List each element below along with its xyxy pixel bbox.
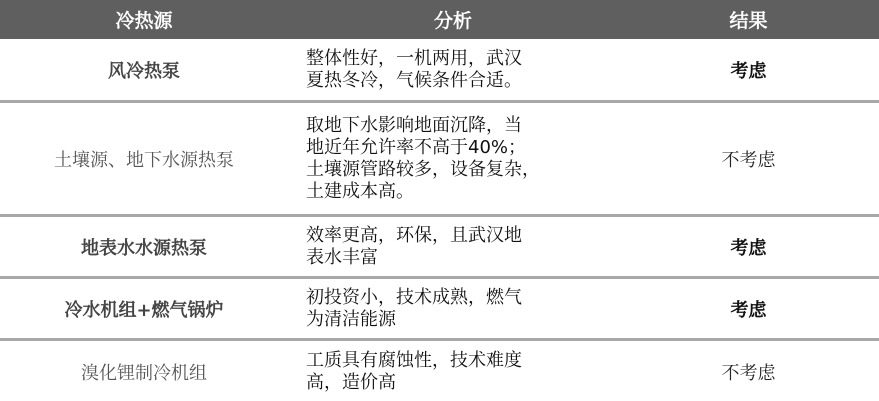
analysis-cell: 整体性好，一机两用，武汉 夏热冬冷，气候条件合适。 xyxy=(288,39,618,100)
source-cell: 地表水水源热泵 xyxy=(0,217,288,276)
header-source: 冷热源 xyxy=(0,0,288,39)
source-cell: 溴化锂制冷机组 xyxy=(0,341,288,401)
analysis-cell: 取地下水影响地面沉降，当 地近年允许率不高于40%； 土壤源管路较多，设备复杂，… xyxy=(288,103,618,214)
source-cell: 冷水机组+燃气锅炉 xyxy=(0,279,288,338)
table-header: 冷热源 分析 结果 xyxy=(0,0,879,39)
analysis-cell: 初投资小，技术成熟，燃气 为清洁能源 xyxy=(288,279,618,338)
result-cell: 考虑 xyxy=(618,39,879,100)
table-row: 土壤源、地下水源热泵 取地下水影响地面沉降，当 地近年允许率不高于40%； 土壤… xyxy=(0,103,879,217)
table-row: 溴化锂制冷机组 工质具有腐蚀性，技术难度 高，造价高 不考虑 xyxy=(0,341,879,401)
result-cell: 不考虑 xyxy=(618,341,879,401)
source-cell: 土壤源、地下水源热泵 xyxy=(0,103,288,214)
header-analysis: 分析 xyxy=(288,0,618,39)
result-cell: 考虑 xyxy=(618,217,879,276)
table-row: 风冷热泵 整体性好，一机两用，武汉 夏热冬冷，气候条件合适。 考虑 xyxy=(0,39,879,103)
table-row: 地表水水源热泵 效率更高，环保，且武汉地 表水丰富 考虑 xyxy=(0,217,879,279)
heat-source-comparison-table: 冷热源 分析 结果 风冷热泵 整体性好，一机两用，武汉 夏热冬冷，气候条件合适。… xyxy=(0,0,879,401)
header-result: 结果 xyxy=(618,0,879,39)
result-cell: 不考虑 xyxy=(618,103,879,214)
source-cell: 风冷热泵 xyxy=(0,39,288,100)
result-cell: 考虑 xyxy=(618,279,879,338)
table-row: 冷水机组+燃气锅炉 初投资小，技术成熟，燃气 为清洁能源 考虑 xyxy=(0,279,879,341)
analysis-cell: 工质具有腐蚀性，技术难度 高，造价高 xyxy=(288,341,618,401)
analysis-cell: 效率更高，环保，且武汉地 表水丰富 xyxy=(288,217,618,276)
